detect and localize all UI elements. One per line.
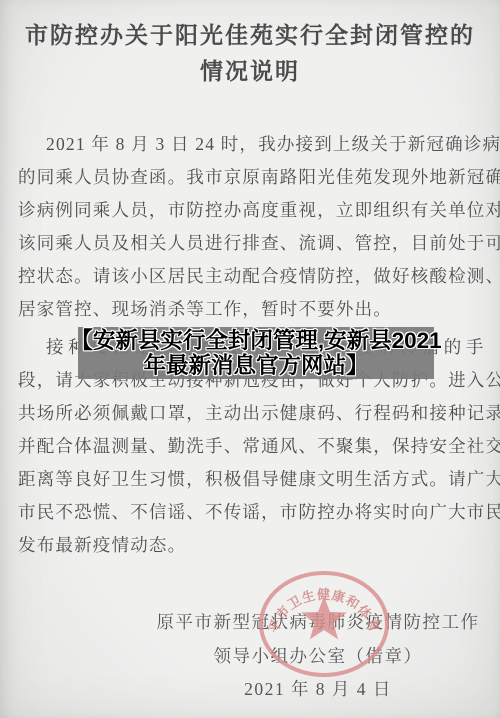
watermark-caption-line1: 【安新县实行全封闭管理,安新县2021 [70,328,441,353]
signature-org-line2: 领导小组办公室（借章） [130,640,500,674]
body-line: 的同乘人员协查函。我市京原南路阳光佳苑发现外地新冠确 [18,161,496,194]
document-title-line2: 情况说明 [0,54,500,90]
signature-org-line1: 原平市新型冠状病毒肺炎疫情防控工作 [130,606,500,640]
body-line: 诊病例同乘人员，市防控办高度重视，立即组织有关单位对 [18,194,496,227]
body-line: 发布最新疫情动态。 [18,529,496,562]
signature-date: 2021 年 8 月 4 日 [130,673,500,707]
body-line: 共场所必须佩戴口罩，主动出示健康码、行程码和接种记录， [18,397,496,430]
body-line: 控状态。请该小区居民主动配合疫情防控，做好核酸检测、 [18,260,496,293]
body-line: 并配合体温测量、勤洗手、常通风、不聚集，保持安全社交 [18,430,496,463]
document-photo: 市防控办关于阳光佳苑实行全封闭管控的 情况说明 2021 年 8 月 3 日 2… [0,0,500,718]
document-title: 市防控办关于阳光佳苑实行全封闭管控的 情况说明 [0,18,500,90]
body-line: 距离等良好卫生习惯，积极倡导健康文明生活方式。请广大 [18,463,496,496]
body-line: 居家管控、现场消杀等工作，暂时不要外出。 [18,293,496,326]
body-line: 2021 年 8 月 3 日 24 时，我办接到上级关于新冠确诊病例 [18,128,496,161]
watermark-caption-line2: 年最新消息官方网站】 [143,353,368,378]
body-line: 市民不恐慌、不信谣、不传谣，市防控办将实时向广大市民 [18,496,496,529]
signature-block: 原平市新型冠状病毒肺炎疫情防控工作 领导小组办公室（借章） 2021 年 8 月… [130,606,500,707]
document-title-line1: 市防控办关于阳光佳苑实行全封闭管控的 [0,18,500,54]
watermark-caption-band: 【安新县实行全封闭管理,安新县2021 年最新消息官方网站】 [78,327,434,379]
body-paragraph-1: 2021 年 8 月 3 日 24 时，我办接到上级关于新冠确诊病例 的同乘人员… [18,128,496,326]
body-line: 该同乘人员及相关人员进行排查、流调、管控，目前处于可 [18,227,496,260]
